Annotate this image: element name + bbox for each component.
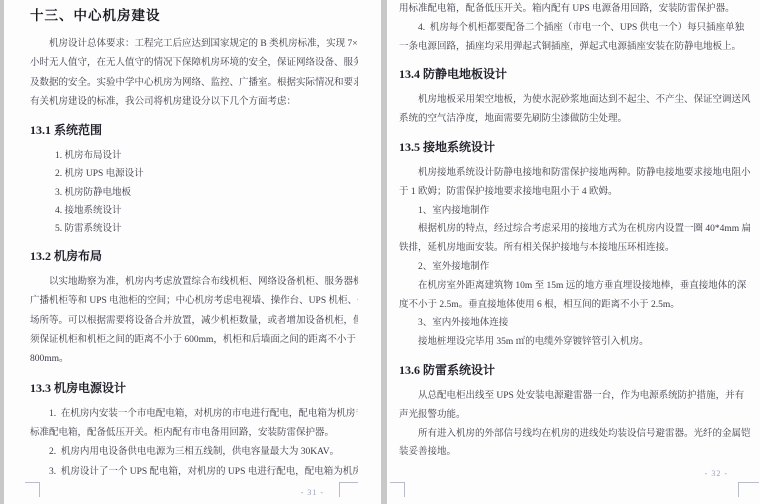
margin-crop-mark	[738, 482, 759, 497]
margin-crop-mark	[25, 482, 40, 497]
document-title: 十三、中心机房建设	[30, 7, 358, 24]
text-line: 3. 机房设计了一个 UPS 配电箱，对机房的 UPS 电进行配电，配电箱为机房…	[30, 463, 358, 482]
text-line: 所有进入机房的外部信号线均在机房的进线处均装设信号避雷器。光纤的金属铠	[399, 425, 757, 444]
text-line: 场所等。可以根据需要将设备合并放置，减少机柜数量，或者增加设备机柜，但是必	[30, 312, 358, 331]
list-item: 2. 机房 UPS 电源设计	[30, 165, 358, 183]
list-item: 4. 接地系统设计	[30, 202, 358, 220]
section-heading: 13.1 系统范围	[30, 123, 358, 138]
section-heading: 13.3 机房电源设计	[30, 381, 358, 396]
text-line: 2、室外接地制作	[399, 258, 757, 277]
text-line: 须保证机柜和机柜之间的距离不小于 600mm，机柜和后墙面之间的距离不小于	[30, 331, 358, 350]
text-line: 及数据的安全。实验中学中心机房为网络、监控、广播室。根据实际情况和要求，和	[30, 74, 358, 93]
list-item: 5. 防雷系统设计	[30, 220, 358, 238]
page-divider	[381, 0, 387, 504]
text-line: 广播机柜等和 UPS 电池柜的空间；中心机房考虑电视墙、操作台、UPS 机柜、休…	[30, 292, 358, 311]
list-item: 3. 机房防静电地板	[30, 184, 358, 202]
margin-crop-mark	[339, 482, 358, 497]
text-line: 机房设计总体要求：工程完工后应达到国家规定的 B 类机房标准，实现 7×24	[30, 35, 358, 54]
page-number-left: - 31 -	[301, 488, 324, 497]
text-line: 用标准配电箱，配备低压开关。箱内配有 UPS 电源备用回路，安装防雷保护器。	[399, 0, 757, 19]
text-line: 在机房室外距离建筑物 10m 至 15m 远的地方垂直埋设接地棒，垂直接地体的深	[399, 277, 757, 296]
page-number-right: - 32 -	[705, 469, 728, 478]
text-line: 铁排，延机房地面安装。所有相关保护接地与本接地压环相连接。	[399, 239, 757, 258]
text-line: 小时无人值守，在无人值守的情况下保障机房环境的安全，保证网络设备、服务器以	[30, 54, 358, 73]
text-line: 机房地板采用架空地板，为使水泥砂浆地面达到不起尘、不产尘、保证空调送风	[399, 91, 757, 110]
text-line: 系统的空气洁净度，地面需要先刷防尘漆做防尘处理。	[399, 110, 757, 129]
text-line: 1. 在机房内安装一个市电配电箱，对机房的市电进行配电，配电箱为机房专用	[30, 405, 358, 424]
text-line: 根据机房的特点，经过综合考虑采用的接地方式为在机房内设置一圈 40*4mm 扁	[399, 220, 757, 239]
text-line: 4. 机房每个机柜都要配备二个插座（市电一个、UPS 供电一个）每只插座单独	[399, 19, 757, 38]
page-edge-gutter	[0, 0, 4, 504]
text-line: 一条电源回路，插座均采用弹起式铜插座，弹起式电源插座安装在防静电地板上。	[399, 38, 757, 57]
section-heading: 13.2 机房布局	[30, 249, 358, 264]
text-line: 1、室内接地制作	[399, 202, 757, 221]
section-heading: 13.5 接地系统设计	[399, 140, 757, 155]
page-right: 用标准配电箱，配备低压开关。箱内配有 UPS 电源备用回路，安装防雷保护器。4.…	[387, 0, 760, 504]
document-viewer: 十三、中心机房建设机房设计总体要求：工程完工后应达到国家规定的 B 类机房标准，…	[0, 0, 760, 504]
text-line: 机房接地系统设计防静电接地和防雷保护接地两种。防静电接地要求接地电阻小	[399, 164, 757, 183]
text-line: 接地桩埋设完毕用 35m ㎡的电缆外穿镀锌管引入机房。	[399, 333, 757, 352]
page-left-content: 十三、中心机房建设机房设计总体要求：工程完工后应达到国家规定的 B 类机房标准，…	[30, 5, 358, 504]
section-heading: 13.6 防雷系统设计	[399, 363, 757, 378]
text-line: 以实地勘察为准，机房内考虑放置综合布线机柜、网络设备机柜、服务器机柜、	[30, 273, 358, 292]
page-left: 十三、中心机房建设机房设计总体要求：工程完工后应达到国家规定的 B 类机房标准，…	[4, 0, 381, 504]
text-line: 声光报警功能。	[399, 406, 757, 425]
text-line: 标准配电箱，配备低压开关。柜内配有市电备用回路，安装防雷保护器。	[30, 424, 358, 443]
text-line: 度不小于 2.5m。垂直接地体使用 6 根，相互间的距离不小于 2.5m。	[399, 296, 757, 315]
margin-crop-mark	[390, 482, 405, 497]
text-line: 从总配电柜出线至 UPS 处安装电源避雷器一台，作为电源系统防护措施，并有	[399, 387, 757, 406]
text-line: 于 1 欧姆；防雷保护接地要求接地电阻小于 4 欧姆。	[399, 183, 757, 202]
list-item: 1. 机房布局设计	[30, 147, 358, 165]
text-line: 2. 机房内用电设备供电电源为三相五线制，供电容量最大为 30KAV。	[30, 443, 358, 462]
text-line: 800mm。	[30, 350, 358, 369]
section-heading: 13.4 防静电地板设计	[399, 67, 757, 82]
text-line: 3、室内外接地体连接	[399, 314, 757, 333]
text-line: 装妥善接地。	[399, 443, 757, 462]
text-line: 有关机房建设的标准，我公司将机房建设分以下几个方面考虑：	[30, 93, 358, 112]
page-right-content: 用标准配电箱，配备低压开关。箱内配有 UPS 电源备用回路，安装防雷保护器。4.…	[399, 0, 757, 504]
